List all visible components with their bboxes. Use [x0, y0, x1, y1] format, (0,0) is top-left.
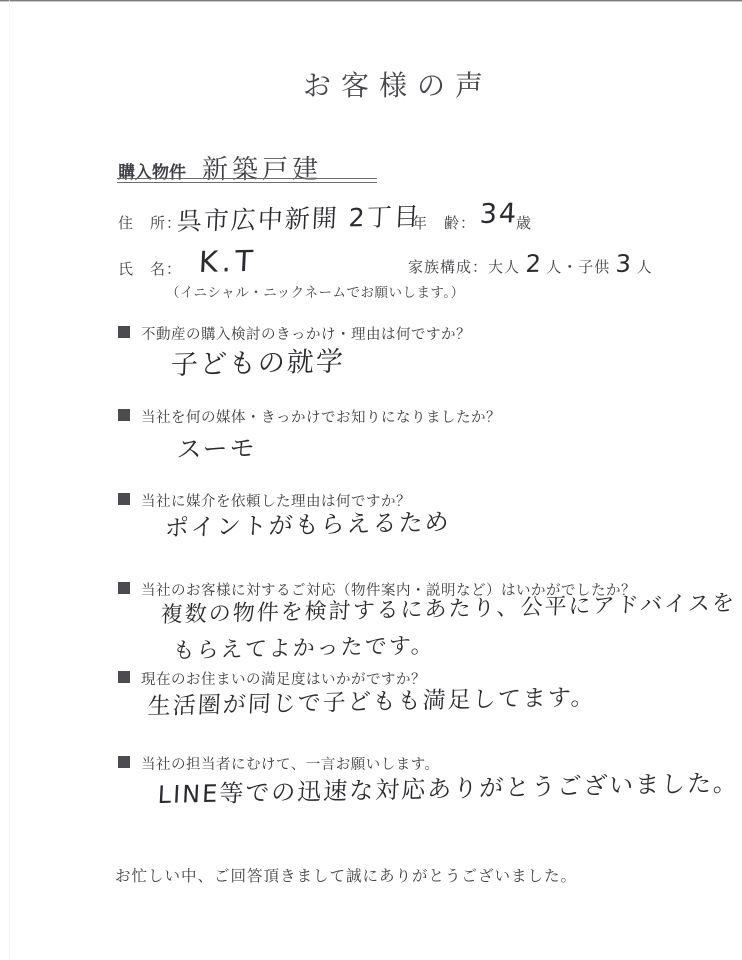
question-2-handwritten-answer: スーモ	[176, 428, 258, 466]
question-1-handwritten-answer: 子どもの就学	[170, 339, 346, 382]
property-underline	[117, 178, 377, 183]
bullet-square-icon	[118, 493, 130, 505]
question-3-handwritten-answer: ポイントがもらえるため	[164, 502, 452, 543]
scanned-survey-page: お客様の声 購入物件 新築戸建 住 所： 呉市広中新開 2丁目 年 齢： 34 …	[0, 0, 742, 960]
name-handwritten-value: K.T	[198, 244, 258, 279]
age-unit-label: 歳	[516, 212, 532, 233]
bullet-square-icon	[118, 671, 130, 683]
bullet-square-icon	[118, 756, 130, 768]
bullet-square-icon	[118, 409, 130, 421]
family-adults-handwritten: 2	[525, 250, 543, 278]
address-label: 住 所：	[118, 212, 182, 233]
question-4-handwritten-answer-line2: もらえてよかったです。	[172, 628, 436, 665]
bullet-square-icon	[118, 582, 130, 594]
family-mid-label: 人・子供	[546, 256, 610, 277]
family-composition-row: 家族構成：大人 2 人・子供 3 人	[408, 250, 653, 278]
name-label: 氏 名：	[118, 258, 182, 279]
age-label: 年 齢：	[412, 212, 476, 233]
name-note: （イニシャル・ニックネームでお願いします。）	[166, 281, 465, 301]
bullet-square-icon	[118, 326, 130, 338]
scan-edge-artifact-top	[0, 0, 742, 2]
page-title: お客様の声	[303, 64, 493, 104]
family-unit-label: 人	[637, 256, 653, 277]
age-handwritten-value: 34	[479, 198, 519, 230]
footer-thanks-text: お忙しい中、ご回答頂きまして誠にありがとうございました。	[115, 864, 577, 886]
scan-edge-artifact-left	[9, 0, 10, 960]
family-label: 家族構成：大人	[408, 256, 520, 277]
address-handwritten-value: 呉市広中新開 2丁目	[176, 197, 422, 238]
family-children-handwritten: 3	[615, 250, 633, 278]
question-2-text: 当社を何の媒体・きっかけでお知りになりましたか？	[141, 406, 501, 427]
